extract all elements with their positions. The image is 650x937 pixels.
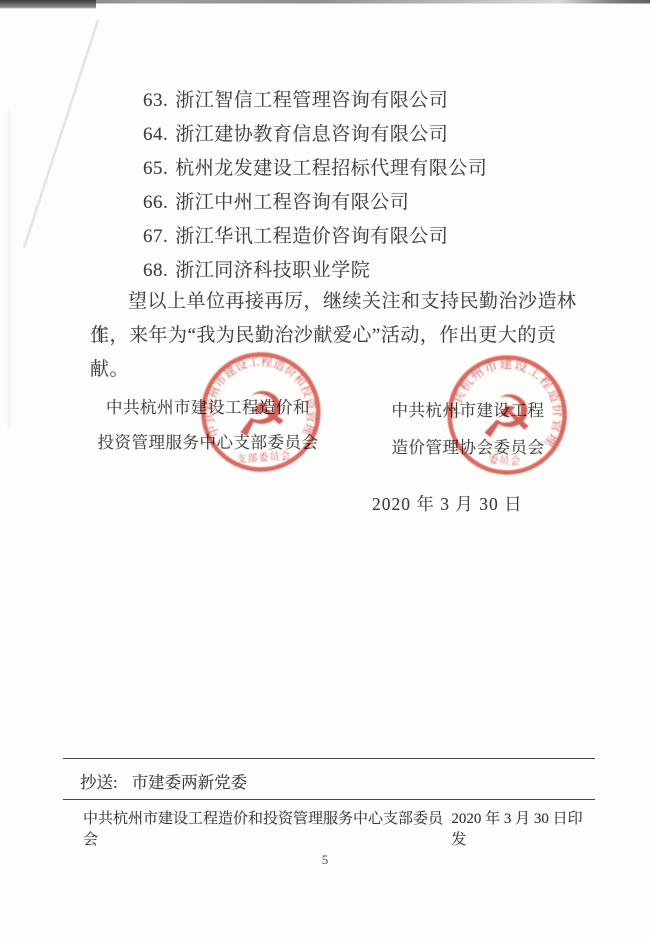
issuer-line: 中共杭州市建设工程造价和投资管理服务中心支部委员会 2020 年 3 月 30 …: [83, 807, 595, 849]
list-item-number: 67.: [143, 226, 168, 247]
document-date: 2020 年 3 月 30 日: [372, 491, 523, 516]
footer-divider-top: [63, 758, 595, 759]
list-item: 68.浙江同济科技职业学院: [143, 254, 487, 288]
party-seal-left-graphic: 中共杭州市建设工程造价和投资管理服务中心 ☭ 支部委员会: [190, 342, 331, 483]
page-number: 5: [0, 852, 650, 868]
list-item-name: 浙江建协教育信息咨询有限公司: [175, 124, 448, 145]
party-seal-left: 中共杭州市建设工程造价和投资管理服务中心 ☭ 支部委员会: [190, 342, 331, 488]
list-item: 65.杭州龙发建设工程招标代理有限公司: [143, 152, 487, 186]
list-item: 67.浙江华讯工程造价咨询有限公司: [143, 220, 487, 254]
list-item-name: 杭州龙发建设工程招标代理有限公司: [175, 158, 487, 179]
print-date: 2020 年 3 月 30 日印发: [451, 807, 595, 849]
list-item: 63.浙江智信工程管理咨询有限公司: [143, 84, 487, 118]
list-item-number: 64.: [143, 124, 168, 145]
scan-artifact-top-band: [0, 0, 650, 10]
cc-label: 抄送:: [80, 773, 118, 792]
party-seal-right: 中共杭州市建设工程造价管理协会 ☭ 委员会: [438, 346, 577, 490]
list-item-name: 浙江智信工程管理咨询有限公司: [175, 90, 448, 111]
scan-artifact-diagonal-line: [23, 20, 99, 249]
hammer-sickle-icon: ☭: [232, 378, 291, 452]
list-item-name: 浙江中州工程咨询有限公司: [175, 192, 409, 213]
list-item: 66.浙江中州工程咨询有限公司: [143, 186, 487, 220]
scan-artifact-left-smudge: [8, 110, 10, 430]
list-item-number: 66.: [143, 192, 168, 213]
hammer-sickle-icon: ☭: [478, 382, 535, 455]
party-seal-right-graphic: 中共杭州市建设工程造价管理协会 ☭ 委员会: [438, 346, 577, 485]
list-item: 64.浙江建协教育信息咨询有限公司: [143, 118, 487, 152]
list-item-number: 65.: [143, 158, 168, 179]
list-item-name: 浙江华讯工程造价咨询有限公司: [175, 226, 448, 247]
list-item-name: 浙江同济科技职业学院: [175, 260, 370, 281]
issuer-name: 中共杭州市建设工程造价和投资管理服务中心支部委员会: [83, 807, 451, 849]
list-item-number: 68.: [143, 260, 168, 281]
document-page: 63.浙江智信工程管理咨询有限公司 64.浙江建协教育信息咨询有限公司 65.杭…: [0, 0, 650, 937]
cc-value: 市建委两新党委: [132, 773, 248, 792]
seal-bottom-text: 委员会: [488, 453, 522, 468]
cc-line: 抄送:市建委两新党委: [80, 769, 247, 793]
company-list: 63.浙江智信工程管理咨询有限公司 64.浙江建协教育信息咨询有限公司 65.杭…: [143, 84, 487, 288]
footer-divider-bottom: [63, 799, 595, 800]
list-item-number: 63.: [143, 90, 168, 111]
